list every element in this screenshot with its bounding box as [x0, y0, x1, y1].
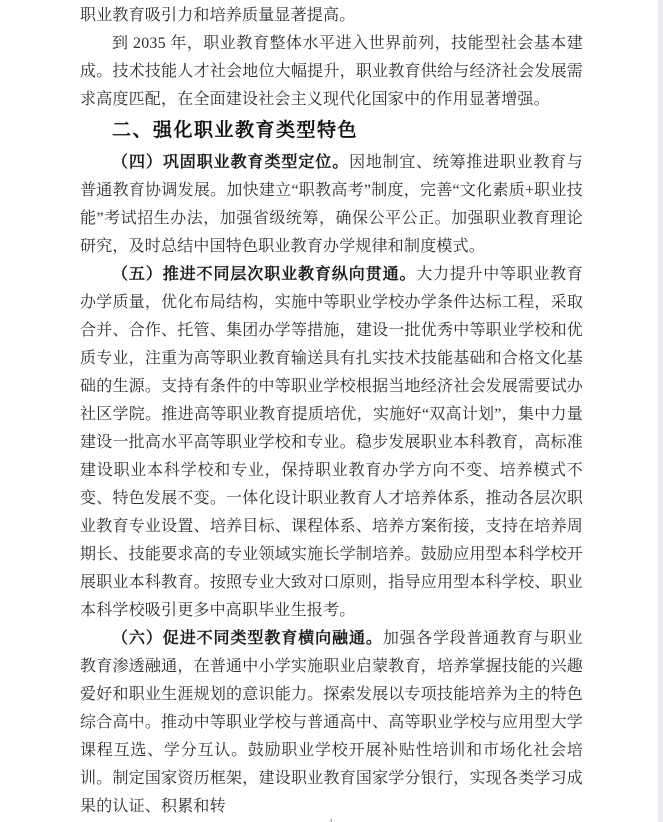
paragraph-lead: （四）巩固职业教育类型定位。 [112, 154, 349, 171]
paragraph-quality-improve: 职业教育吸引力和培养质量显著提高。 [80, 2, 583, 30]
document-page: 职业教育吸引力和培养质量显著提高。 到 2035 年，职业教育整体水平进入世界前… [80, 2, 583, 821]
paragraph-item-4: （四）巩固职业教育类型定位。因地制宜、统筹推进职业教育与普通教育协调发展。加快建… [80, 149, 583, 261]
paragraph-item-5: （五）推进不同层次职业教育纵向贯通。大力提升中等职业教育办学质量，优化布局结构，… [80, 261, 583, 625]
paragraph-text: 职业教育吸引力和培养质量显著提高。 [80, 7, 355, 24]
paragraph-lead: （五）推进不同层次职业教育纵向贯通。 [112, 266, 416, 283]
page-number: — 4 — [0, 817, 663, 822]
section-heading: 二、强化职业教育类型特色 [112, 117, 583, 145]
paragraph-text: 到 2035 年，职业教育整体水平进入世界前列，技能型社会基本建成。技术技能人才… [80, 35, 583, 108]
paragraph-item-6: （六）促进不同类型教育横向融通。加强各学段普通教育与职业教育渗透融通，在普通中小… [80, 625, 583, 821]
paragraph-text: 加强各学段普通教育与职业教育渗透融通，在普通中小学实施职业启蒙教育，培养掌握技能… [80, 630, 583, 815]
page-edge-strip [658, 0, 663, 822]
paragraph-lead: （六）促进不同类型教育横向融通。 [112, 630, 383, 647]
paragraph-2035-goal: 到 2035 年，职业教育整体水平进入世界前列，技能型社会基本建成。技术技能人才… [80, 30, 583, 114]
paragraph-text: 大力提升中等职业教育办学质量，优化布局结构，实施中等职业学校办学条件达标工程，采… [80, 266, 583, 619]
